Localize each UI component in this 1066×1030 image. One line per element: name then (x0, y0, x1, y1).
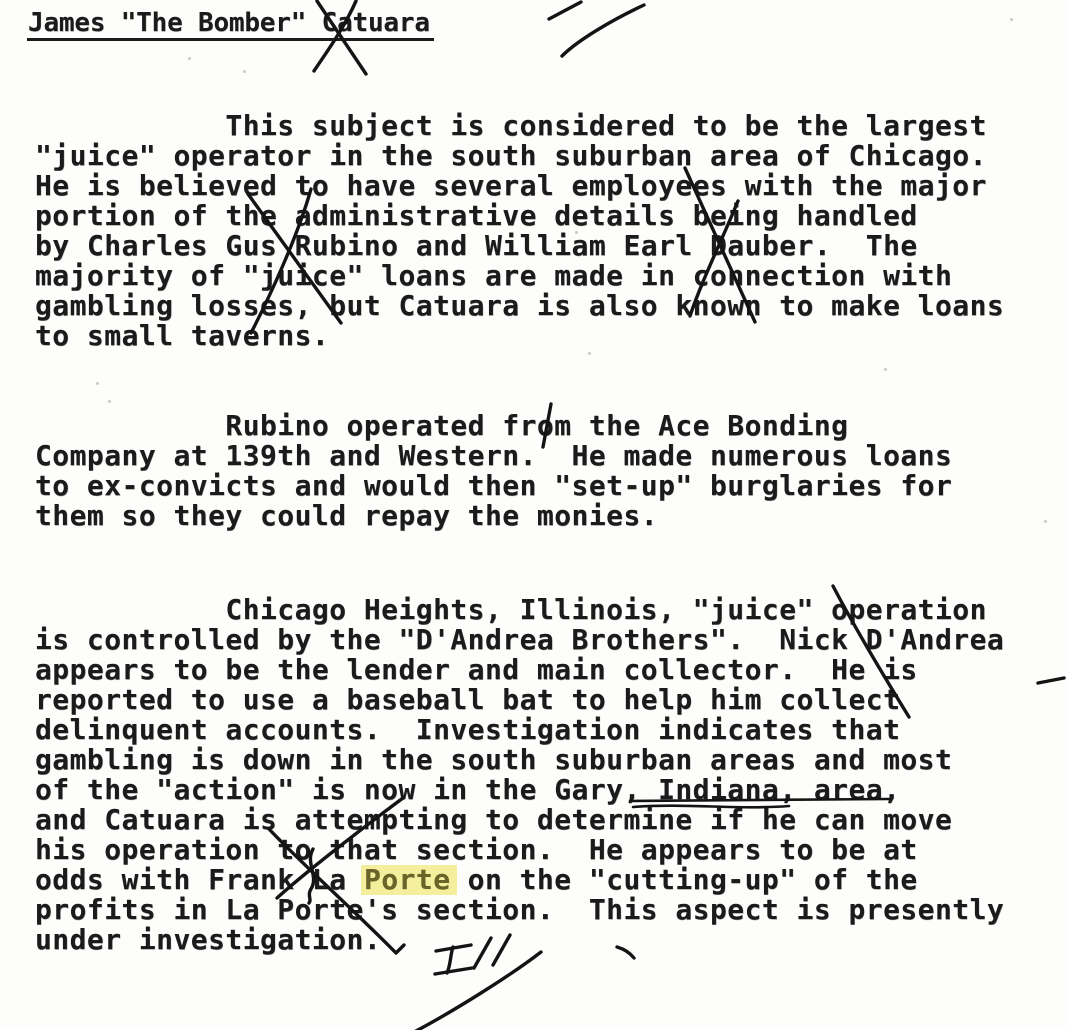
scan-speck (188, 57, 191, 60)
paragraph-3: Chicago Heights, Illinois, "juice" opera… (35, 595, 1004, 955)
paragraph-2: Rubino operated from the Ace Bonding Com… (35, 411, 952, 531)
highlighted-term: Porte (361, 865, 457, 895)
margin-dash-mark (1038, 678, 1064, 683)
scan-speck (96, 382, 99, 385)
scan-speck (243, 70, 246, 73)
document-page: James "The Bomber" Catuara This subject … (0, 0, 1066, 1030)
scan-speck (884, 368, 887, 371)
scan-speck (1044, 520, 1047, 523)
paragraph-1: This subject is considered to be the lar… (35, 111, 1004, 351)
scan-speck (1010, 18, 1013, 21)
top-right-pen-strokes (549, 2, 644, 56)
bottom-diagonal-stroke (416, 952, 541, 1030)
scan-speck (588, 352, 591, 355)
scan-speck (108, 400, 111, 403)
document-title: James "The Bomber" Catuara (27, 9, 434, 41)
